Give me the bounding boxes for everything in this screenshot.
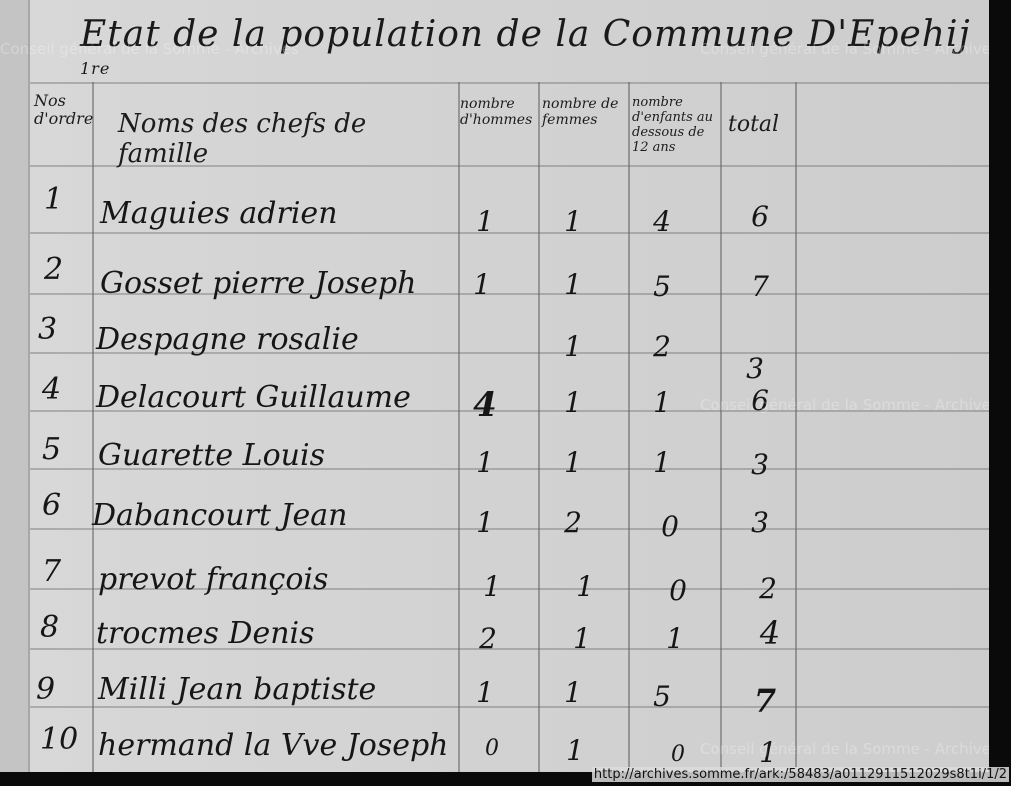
manuscript-page: Etat de la population de la Commune D'Ep… [0,0,992,772]
head-of-family-name: Despagne rosalie [96,322,359,357]
row-number: 6 [42,488,61,523]
men-count: 1 [462,570,522,603]
head-of-family-name: prevot françois [98,562,328,597]
head-of-family-name: Maguies adrien [100,196,338,231]
column-divider [628,82,630,772]
children-count: 0 [640,510,700,543]
children-count: 1 [645,622,705,655]
page-binding-margin [0,0,30,772]
children-count: 1 [632,386,692,419]
row-number: 2 [44,252,63,287]
total-count: 7 [730,270,790,303]
women-count: 1 [555,570,615,603]
header-hommes: nombre d'hommes [460,96,538,128]
total-count: 3 [725,352,785,385]
header-noms: Noms des chefs de famille [118,110,458,170]
row-number: 10 [40,722,78,757]
head-of-family-name: Dabancourt Jean [92,498,347,533]
row-number: 8 [40,610,59,645]
row-number: 1 [44,182,63,217]
column-divider [720,82,722,772]
head-of-family-name: hermand la Vve Joseph [98,728,449,763]
head-of-family-name: Guarette Louis [98,438,325,473]
men-count: 1 [455,205,515,238]
watermark-text: Conseil général de la Somme - Archives [700,740,992,758]
row-number: 9 [36,672,55,707]
header-femmes: nombre de femmes [542,96,626,128]
head-of-family-name: trocmes Denis [96,616,315,651]
header-enfants: nombre d'enfants au dessous de 12 ans [632,96,720,156]
total-count: 3 [730,448,790,481]
men-count: 2 [458,622,518,655]
total-count: 7 [735,682,795,720]
children-count: 0 [648,574,708,607]
column-divider [458,82,460,772]
column-divider [92,82,94,772]
row-number: 4 [42,372,61,407]
header-numero: Nos d'ordre [34,92,92,129]
watermark-text: Conseil général de la Somme - Archives [0,40,299,58]
total-count: 3 [730,506,790,539]
row-number: 7 [42,554,61,589]
women-count: 1 [543,386,603,419]
men-count: 1 [455,506,515,539]
children-count: 5 [632,270,692,303]
men-count: 1 [455,676,515,709]
total-count: 4 [740,614,800,652]
children-count: 0 [648,742,708,767]
head-of-family-name: Milli Jean baptiste [98,672,376,707]
watermark-text: Conseil général de la Somme - Archives [700,40,992,58]
women-count: 1 [543,446,603,479]
scan-background-edge [989,0,1011,786]
title-superscript: 1re [80,59,110,78]
men-count: 1 [455,446,515,479]
header-total: total [728,112,794,137]
total-count: 2 [738,572,798,605]
women-count: 1 [543,676,603,709]
men-count: 4 [455,385,515,425]
women-count: 1 [545,734,605,767]
total-count: 6 [730,200,790,233]
men-count: 1 [452,268,512,301]
women-count: 1 [543,268,603,301]
women-count: 1 [552,622,612,655]
women-count: 1 [543,330,603,363]
children-count: 5 [632,680,692,713]
women-count: 1 [543,205,603,238]
children-count: 2 [632,330,692,363]
column-divider [538,82,540,772]
column-divider [795,82,797,772]
head-of-family-name: Gosset pierre Joseph [100,266,416,301]
archive-url-link[interactable]: http://archives.somme.fr/ark:/58483/a011… [592,767,1009,782]
head-of-family-name: Delacourt Guillaume [96,380,411,415]
women-count: 2 [543,506,603,539]
row-number: 5 [42,432,61,467]
children-count: 1 [632,446,692,479]
men-count: 0 [462,736,522,761]
row-number: 3 [38,312,57,347]
children-count: 4 [632,205,692,238]
watermark-text: Conseil général de la Somme - Archives [700,396,992,414]
